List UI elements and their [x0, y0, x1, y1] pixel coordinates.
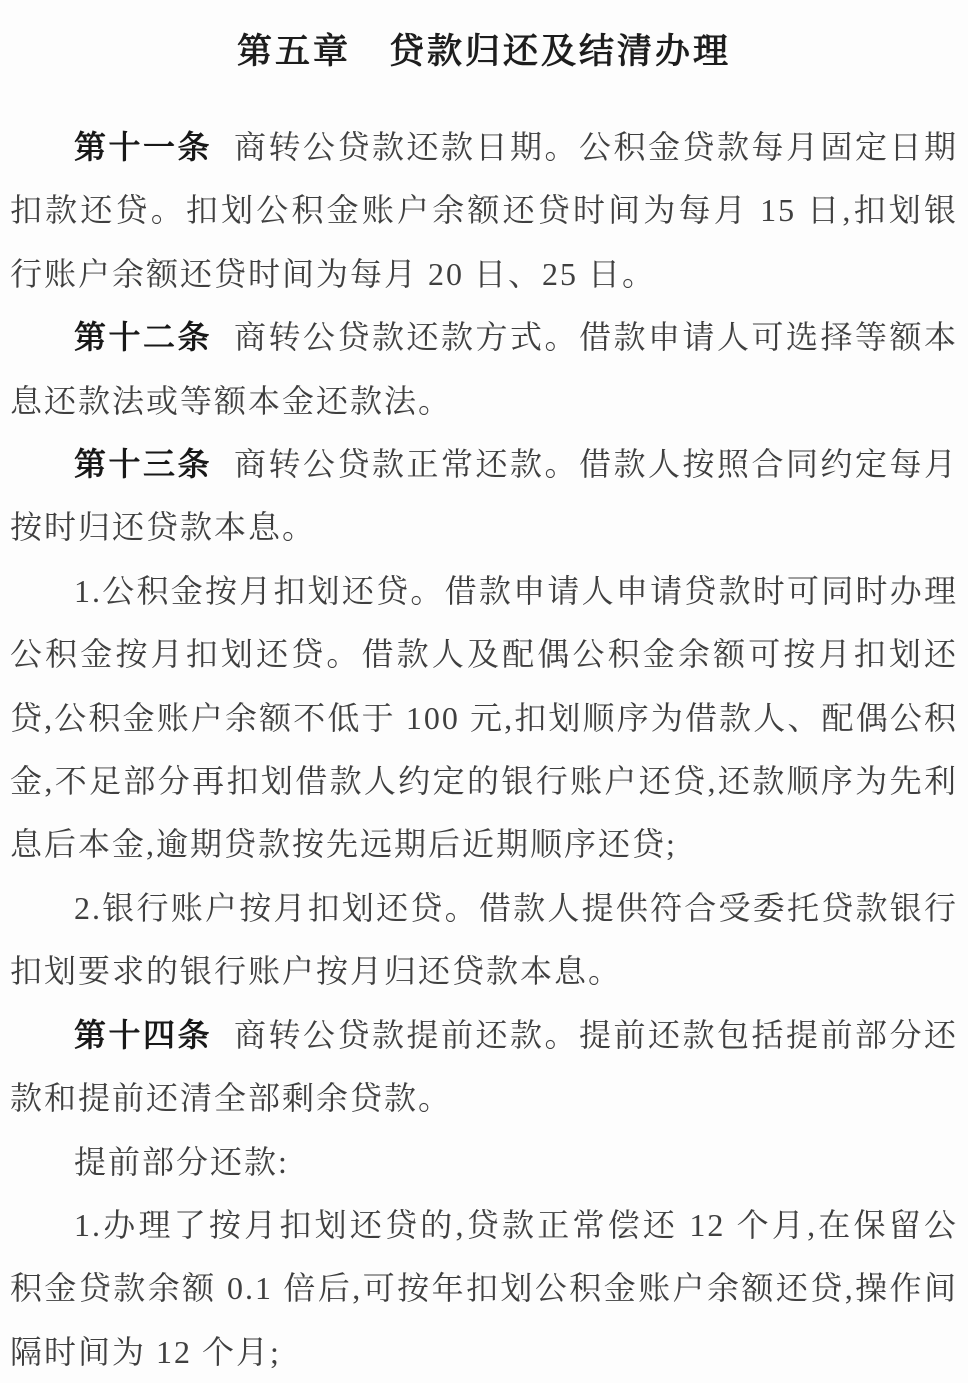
chapter-title: 第五章 贷款归还及结清办理 [10, 28, 958, 76]
paragraph-article-12: 第十二条商转公贷款还款方式。借款申请人可选择等额本息还款法或等额本金还款法。 [10, 306, 958, 433]
paragraph-item-2: 2.银行账户按月扣划还贷。借款人提供符合受委托贷款银行扣划要求的银行账户按月归还… [10, 877, 958, 1004]
paragraph-text: 2.银行账户按月扣划还贷。借款人提供符合受委托贷款银行扣划要求的银行账户按月归还… [10, 890, 958, 989]
article-number: 第十二条 [74, 319, 212, 355]
paragraph-text: 提前部分还款: [74, 1144, 289, 1180]
paragraph-text: 1.公积金按月扣划还贷。借款申请人申请贷款时可同时办理公积金按月扣划还贷。借款人… [10, 573, 958, 863]
paragraph-item-1: 1.公积金按月扣划还贷。借款申请人申请贷款时可同时办理公积金按月扣划还贷。借款人… [10, 560, 958, 877]
article-number: 第十一条 [74, 129, 212, 165]
article-number: 第十三条 [74, 446, 212, 482]
paragraph-article-14: 第十四条商转公贷款提前还款。提前还款包括提前部分还款和提前还清全部剩余贷款。 [10, 1004, 958, 1131]
paragraph-article-11: 第十一条商转公贷款还款日期。公积金贷款每月固定日期扣款还贷。扣划公积金账户余额还… [10, 116, 958, 306]
document-page: 第五章 贷款归还及结清办理 第十一条商转公贷款还款日期。公积金贷款每月固定日期扣… [0, 0, 968, 1383]
paragraph-text: 1.办理了按月扣划还贷的,贷款正常偿还 12 个月,在保留公积金贷款余额 0.1… [10, 1207, 958, 1370]
document-body: 第十一条商转公贷款还款日期。公积金贷款每月固定日期扣款还贷。扣划公积金账户余额还… [10, 116, 958, 1383]
paragraph-subheading: 提前部分还款: [10, 1131, 958, 1194]
paragraph-prepayment-rule-1: 1.办理了按月扣划还贷的,贷款正常偿还 12 个月,在保留公积金贷款余额 0.1… [10, 1194, 958, 1383]
paragraph-article-13: 第十三条商转公贷款正常还款。借款人按照合同约定每月按时归还贷款本息。 [10, 433, 958, 560]
article-number: 第十四条 [74, 1017, 212, 1053]
